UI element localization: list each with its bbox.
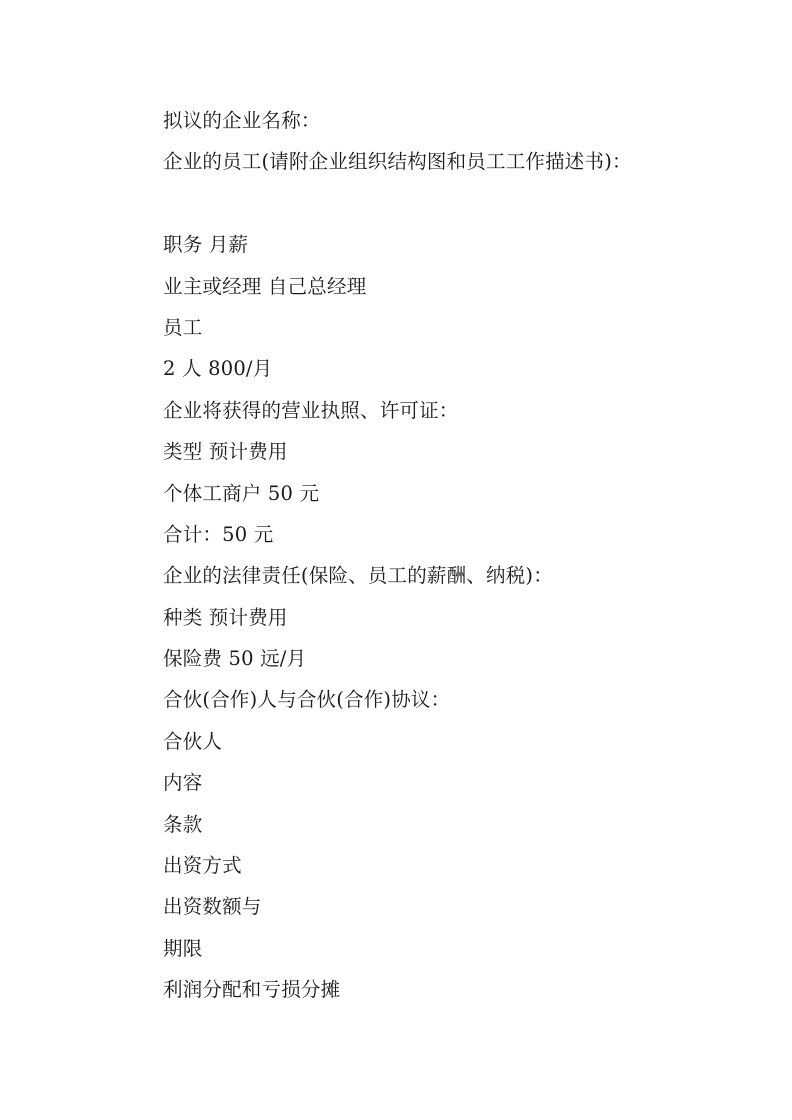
proposed-company-name-label: 拟议的企业名称： (163, 100, 723, 141)
sole-proprietor-license-row: 个体工商户 50 元 (163, 473, 723, 514)
contribution-amount-label: 出资数额与 (163, 886, 723, 927)
insurance-fee-row: 保险费 50 远/月 (163, 638, 723, 679)
legal-liability-heading: 企业的法律责任(保险、员工的薪酬、纳税)： (163, 555, 723, 596)
license-total: 合计：50 元 (163, 514, 723, 555)
license-type-cost-header: 类型 预计费用 (163, 431, 723, 472)
term-label: 期限 (163, 928, 723, 969)
company-employees-heading: 企业的员工(请附企业组织结构图和员工工作描述书)： (163, 141, 723, 182)
licenses-heading: 企业将获得的营业执照、许可证： (163, 390, 723, 431)
blank-line (163, 183, 723, 224)
employee-label: 员工 (163, 307, 723, 348)
liability-type-cost-header: 种类 预计费用 (163, 597, 723, 638)
content-label: 内容 (163, 762, 723, 803)
contribution-method-label: 出资方式 (163, 845, 723, 886)
employee-count-salary-row: 2 人 800/月 (163, 348, 723, 389)
owner-manager-row: 业主或经理 自己总经理 (163, 266, 723, 307)
profit-loss-sharing-label: 利润分配和亏损分摊 (163, 969, 723, 1010)
document-page: 拟议的企业名称： 企业的员工(请附企业组织结构图和员工工作描述书)： 职务 月薪… (0, 0, 792, 1120)
document-body: 拟议的企业名称： 企业的员工(请附企业组织结构图和员工工作描述书)： 职务 月薪… (163, 100, 723, 1011)
terms-label: 条款 (163, 804, 723, 845)
partnership-agreement-heading: 合伙(合作)人与合伙(合作)协议： (163, 679, 723, 720)
position-salary-header: 职务 月薪 (163, 224, 723, 265)
partner-label: 合伙人 (163, 721, 723, 762)
